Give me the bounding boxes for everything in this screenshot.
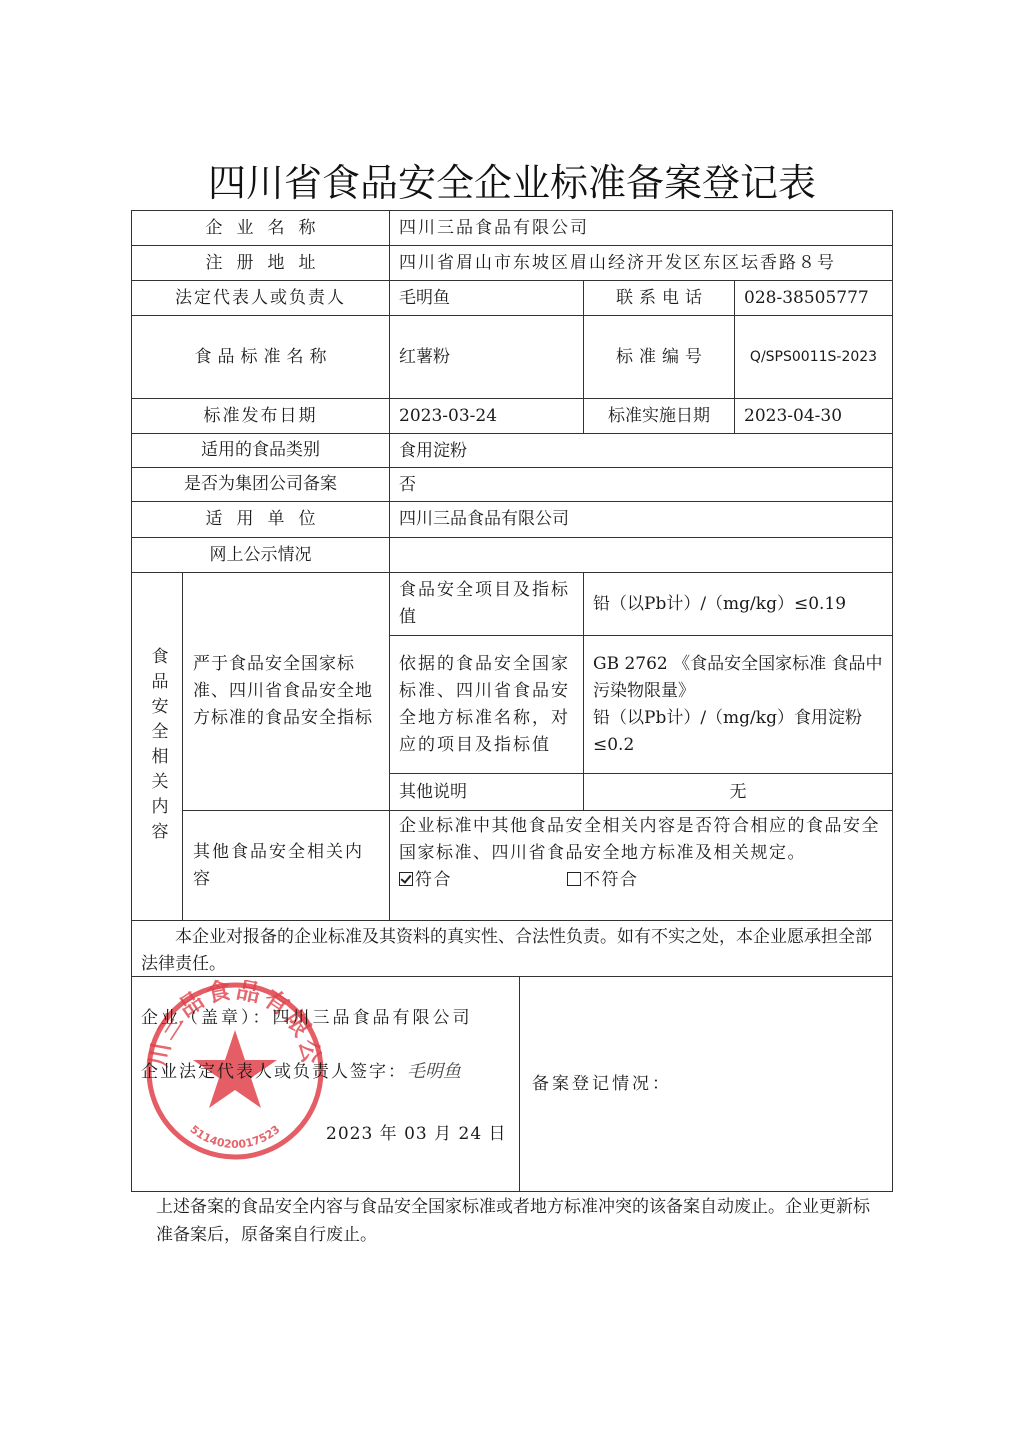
company-seal-value: 四川三品食品有限公司 (273, 1008, 473, 1028)
option-compliant[interactable]: 符合 (399, 867, 567, 894)
food-category-label: 适用的食品类别 (131, 433, 390, 468)
company-seal-label: 企业（盖章）： (141, 1008, 273, 1028)
basis-standard-value: GB 2762 《食品安全国家标准 食品中污染物限量》 铅（以Pb计）/（mg/… (583, 635, 893, 774)
page-title: 四川省食品安全企业标准备案登记表 (0, 152, 1024, 207)
signer-label: 企业法定代表人或负责人签字： (141, 1062, 407, 1082)
option-compliant-label: 符合 (415, 870, 452, 890)
stricter-indicators-text: 严于食品安全国家标准、四川省食品安全地方标准的食品安全指标 (193, 651, 381, 732)
other-safety-content-value: 企业标准中其他食品安全相关内容是否符合相应的食品安全国家标准、四川省食品安全地方… (389, 810, 893, 921)
basis-standard-line1: GB 2762 《食品安全国家标准 食品中污染物限量》 (593, 651, 884, 705)
checkbox-unchecked-icon[interactable] (567, 872, 581, 886)
checkbox-checked-icon[interactable] (399, 872, 413, 886)
online-publicity-label: 网上公示情况 (131, 537, 390, 573)
contact-phone-label: 联系电话 (583, 280, 735, 316)
other-safety-content-label: 其他食品安全相关内容 (182, 810, 390, 921)
standard-name-value: 红薯粉 (389, 315, 584, 399)
effective-date-value: 2023-04-30 (734, 398, 893, 434)
basis-standard-line2: 铅（以Pb计）/（mg/kg）食用淀粉≤0.2 (593, 705, 884, 759)
safety-item-value: 铅（以Pb计）/（mg/kg）≤0.19 (583, 572, 893, 636)
compliance-options: 符合 不符合 (399, 867, 883, 894)
company-seal-line: 企业（盖章）：四川三品食品有限公司 (141, 1006, 473, 1030)
effective-date-label: 标准实施日期 (583, 398, 735, 434)
safety-item-label: 食品安全项目及指标值 (389, 572, 584, 636)
standard-number-value: Q/SPS0011S-2023 (734, 315, 893, 399)
compliance-question-text: 企业标准中其他食品安全相关内容是否符合相应的食品安全国家标准、四川省食品安全地方… (399, 813, 883, 867)
safety-item-label-text: 食品安全项目及指标值 (399, 577, 575, 631)
signer-line: 企业法定代表人或负责人签字：毛明鱼 (141, 1060, 461, 1084)
legal-rep-label: 法定代表人或负责人 (131, 280, 390, 316)
contact-phone-value: 028-38505777 (734, 280, 893, 316)
safety-section-vertical-text: 食品安全相关内容 (144, 647, 171, 847)
group-filing-value: 否 (389, 467, 893, 502)
publish-date-value: 2023-03-24 (389, 398, 584, 434)
other-safety-content-label-text: 其他食品安全相关内容 (193, 839, 381, 893)
other-notes-value: 无 (583, 773, 893, 811)
legal-rep-value: 毛明鱼 (389, 280, 584, 316)
option-noncompliant-label: 不符合 (583, 870, 639, 890)
applicable-unit-label: 适用单位 (131, 501, 390, 538)
signature-date: 2023 年 03 月 24 日 (326, 1122, 507, 1146)
applicable-unit-value: 四川三品食品有限公司 (389, 501, 893, 538)
company-name-label: 企业名称 (131, 210, 390, 246)
option-noncompliant[interactable]: 不符合 (567, 867, 639, 894)
handwritten-signature: 毛明鱼 (407, 1061, 461, 1082)
publish-date-label: 标准发布日期 (131, 398, 390, 434)
safety-section-vertical-label: 食品安全相关内容 (131, 572, 183, 921)
company-name-value: 四川三品食品有限公司 (389, 210, 893, 246)
group-filing-label: 是否为集团公司备案 (131, 467, 390, 502)
other-notes-label: 其他说明 (389, 773, 584, 811)
registered-address-label: 注册地址 (131, 245, 390, 281)
registration-status-label: 备案登记情况： (532, 1071, 672, 1098)
basis-standard-label: 依据的食品安全国家标准、四川省食品安全地方标准名称，对应的项目及指标值 (389, 635, 584, 774)
food-category-value: 食用淀粉 (389, 433, 893, 468)
standard-number-label: 标准编号 (583, 315, 735, 399)
registration-status-cell: 备案登记情况： (519, 976, 893, 1192)
standard-name-label: 食品标准名称 (131, 315, 390, 399)
footnote-text: 上述备案的食品安全内容与食品安全国家标准或者地方标准冲突的该备案自动废止。企业更… (156, 1193, 876, 1249)
stricter-indicators-label: 严于食品安全国家标准、四川省食品安全地方标准的食品安全指标 (182, 572, 390, 811)
registered-address-value: 四川省眉山市东坡区眉山经济开发区东区坛香路８号 (389, 245, 893, 281)
basis-standard-label-text: 依据的食品安全国家标准、四川省食品安全地方标准名称，对应的项目及指标值 (399, 651, 575, 759)
online-publicity-value (389, 537, 893, 573)
declaration-text: 本企业对报备的企业标准及其资料的真实性、合法性负责。如有不实之处，本企业愿承担全… (131, 920, 893, 977)
